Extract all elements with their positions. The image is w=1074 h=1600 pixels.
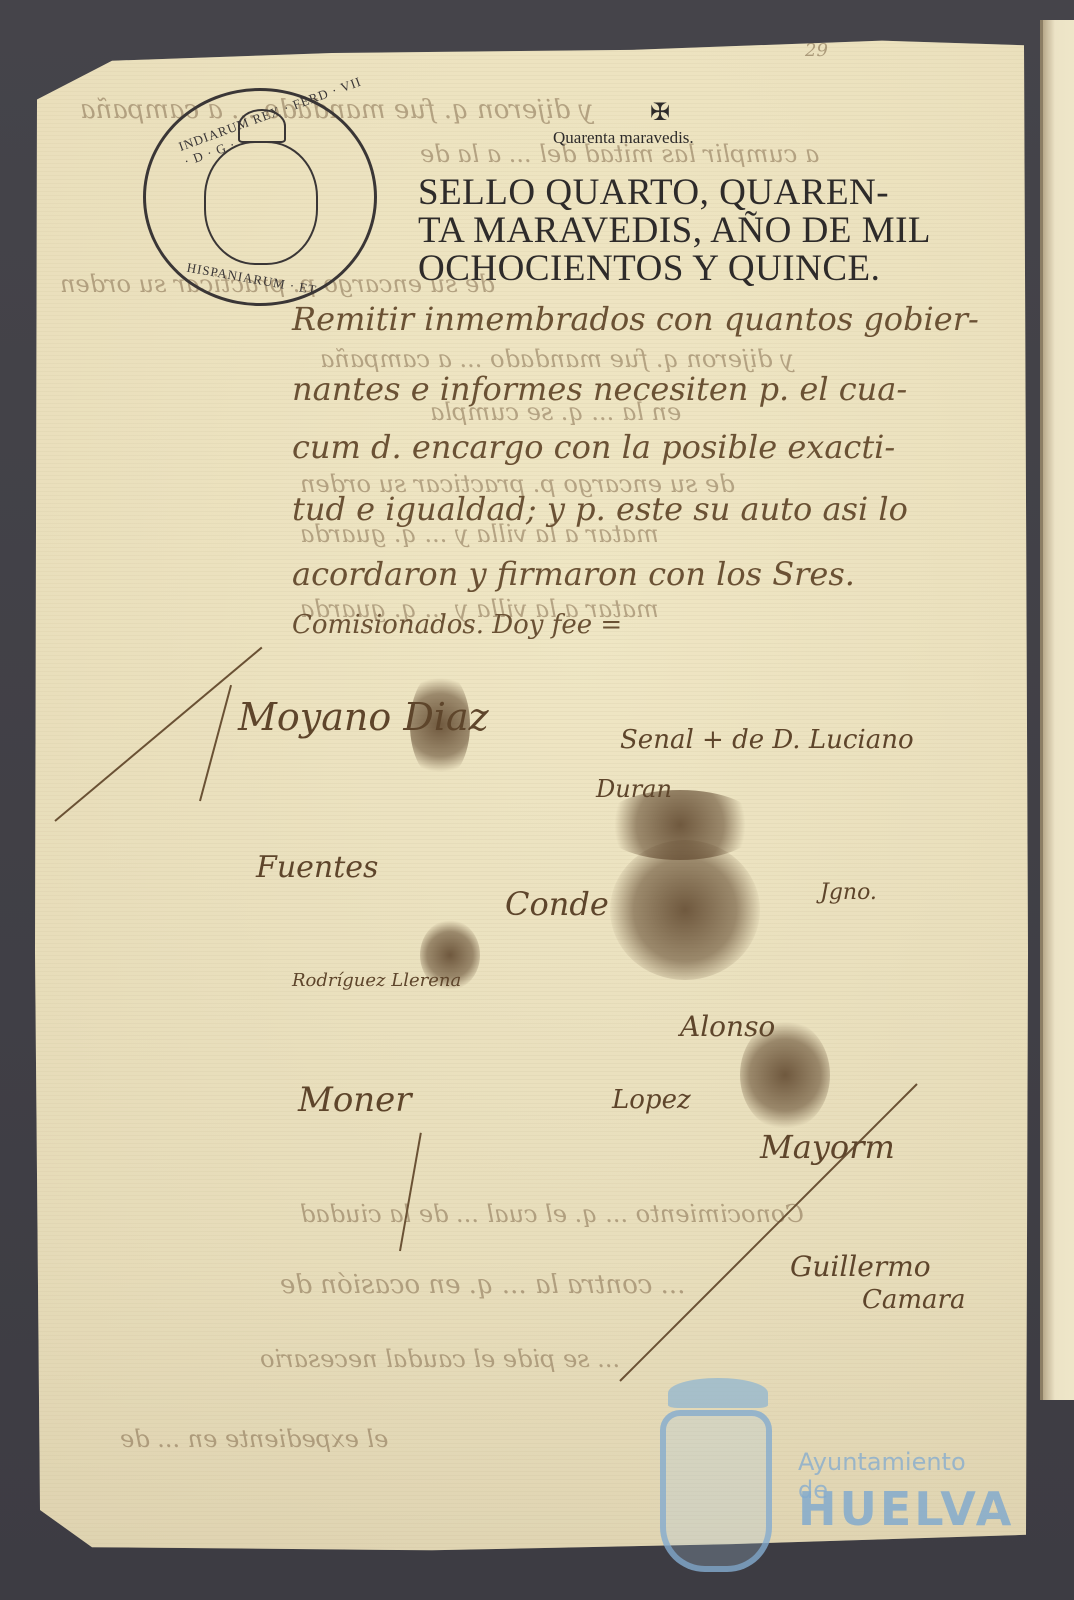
bleed-line: Conocimiento ... q. el cual ... de la ci… [300,1200,804,1228]
body-line: cum d. encargo con la posible exacti- [292,428,895,466]
signature: Alonso [680,1010,775,1043]
watermark-title: HUELVA [798,1482,1014,1536]
bleed-line: ... contra la ... q. en ocasión de [280,1270,685,1300]
signature: Moner [298,1080,412,1120]
bleed-line: ... se pide el caudal necesario [260,1345,620,1373]
adjacent-page-edge [1040,20,1074,1400]
shield-icon [660,1410,772,1572]
signature: Jgno. [820,880,877,905]
stamp-title: SELLO QUARTO, QUAREN- TA MARAVEDIS, AÑO … [418,174,978,288]
signature: Senal + de D. Luciano [620,725,914,755]
ink-blot [610,840,760,980]
stamp-title-line: OCHOCIENTOS Y QUINCE. [418,250,978,288]
signature: Moyano Diaz [238,695,489,739]
bleed-line: y dijeron q. fue mandado ... a campaña [320,345,794,373]
body-line: nantes e informes necesiten p. el cua- [292,370,907,408]
seal-ring-text-bottom: HISPANIARUM · ET [186,260,319,299]
body-line: Comisionados. Doy fee = [292,610,622,640]
signature: Fuentes [256,850,378,885]
cross-icon: ✠ [650,98,670,126]
bleed-line: el expediente en ... de [120,1425,388,1453]
body-line: tud e igualdad; y p. este su auto asi lo [292,490,908,528]
signature: Conde [505,885,609,923]
body-line: acordaron y firmaron con los Sres. [292,555,855,593]
royal-seal: INDIARUM REX · FERD · VII · D · G · HISP… [143,88,377,306]
signature: Mayorm [760,1128,895,1166]
signature: Lopez [612,1085,691,1115]
coat-of-arms-icon [204,141,318,265]
huelva-watermark: Ayuntamiento de HUELVA [648,1370,988,1570]
signature: Rodríguez Llerena [292,970,461,991]
folio-number: 29 [805,40,828,61]
crown-icon [668,1378,768,1408]
signature: Camara [862,1285,965,1315]
signature: Guillermo [790,1250,931,1283]
signature: Duran [596,775,672,803]
stamp-title-line: SELLO QUARTO, QUAREN- [418,174,978,212]
body-line: Remitir inmembrados con quantos gobier- [292,300,979,338]
stamp-value-line: Quarenta maravedis. [553,128,694,148]
stamp-title-line: TA MARAVEDIS, AÑO DE MIL [418,212,978,250]
